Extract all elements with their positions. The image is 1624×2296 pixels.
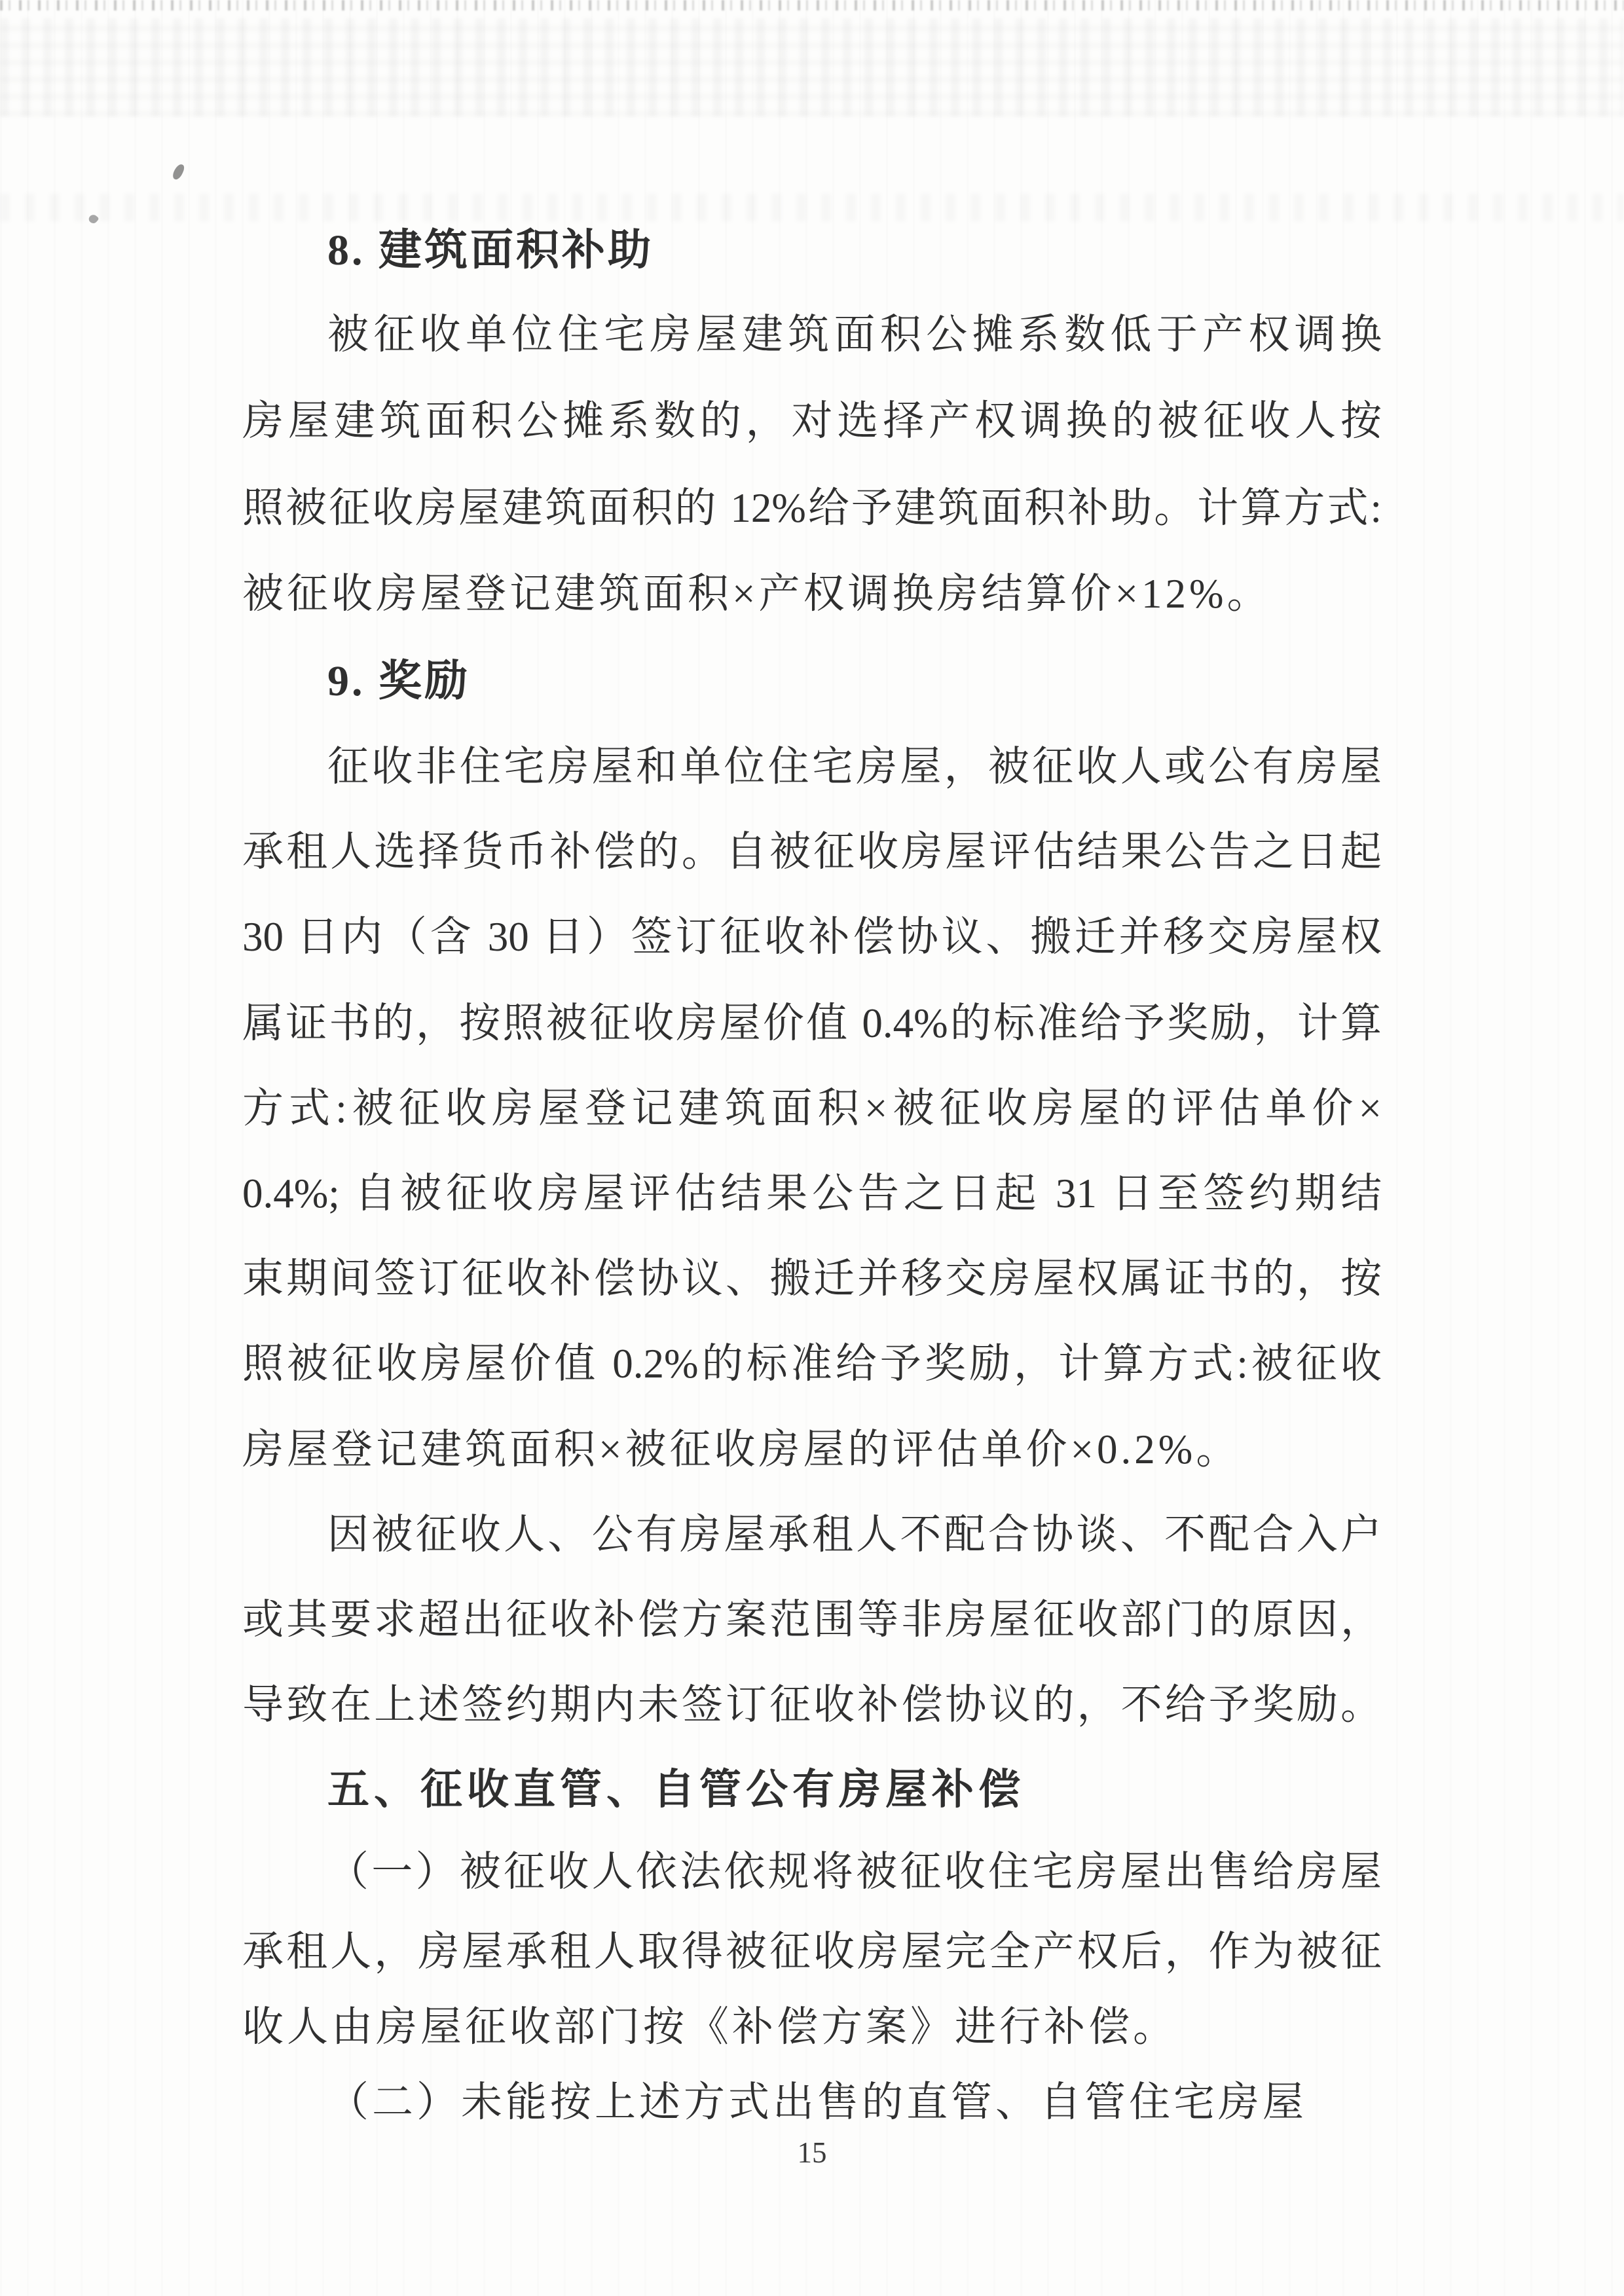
scan-edge-artifact — [0, 0, 1624, 10]
text-line: （二）未能按上述方式出售的直管、自管住宅房屋 — [242, 2075, 1382, 2129]
text-line: 因被征收人、公有房屋承租人不配合协谈、不配合入户 — [242, 1508, 1382, 1561]
text-line: 0.4%; 自被征收房屋评估结果公告之日起 31 日至签约期结 — [242, 1167, 1382, 1220]
text-line: 属证书的，按照被征收房屋价值 0.4%的标准给予奖励，计算 — [242, 996, 1382, 1050]
text-line: 30 日内（含 30 日）签订征收补偿协议、搬迁并移交房屋权 — [242, 910, 1382, 964]
scanned-document-page: 8. 建筑面积补助 被征收单位住宅房屋建筑面积公摊系数低于产权调换 房屋建筑面积… — [0, 0, 1624, 2296]
text-line: （一）被征收人依法依规将被征收住宅房屋出售给房屋 — [242, 1845, 1382, 1899]
section-5-heading: 五、征收直管、自管公有房屋补偿 — [242, 1762, 1382, 1816]
bleed-through-artifact — [0, 194, 1624, 221]
text-line: 或其要求超出征收补偿方案范围等非房屋征收部门的原因， — [242, 1593, 1382, 1647]
text-line: 方式:被征收房屋登记建筑面积×被征收房屋的评估单价× — [242, 1082, 1382, 1135]
text-line: 照被征收房屋价值 0.2%的标准给予奖励，计算方式:被征收 — [242, 1337, 1382, 1391]
page-number: 15 — [0, 2136, 1624, 2170]
text-line: 被征收单位住宅房屋建筑面积公摊系数低于产权调换 — [242, 308, 1382, 361]
text-line: 收人由房屋征收部门按《补偿方案》进行补偿。 — [242, 2000, 1382, 2054]
text-line: 承租人选择货币补偿的。自被征收房屋评估结果公告之日起 — [242, 825, 1382, 879]
text-line: 被征收房屋登记建筑面积×产权调换房结算价×12%。 — [242, 567, 1382, 621]
text-line: 照被征收房屋建筑面积的 12%给予建筑面积补助。计算方式: — [242, 481, 1382, 535]
section-8-heading: 8. 建筑面积补助 — [242, 224, 1382, 278]
text-line: 承租人，房屋承租人取得被征收房屋完全产权后，作为被征 — [242, 1925, 1382, 1978]
text-line: 导致在上述签约期内未签订征收补偿协议的，不给予奖励。 — [242, 1678, 1382, 1732]
bleed-through-artifact — [0, 18, 1624, 117]
text-line: 房屋登记建筑面积×被征收房屋的评估单价×0.2%。 — [242, 1423, 1382, 1476]
scan-speck — [171, 162, 185, 181]
text-line: 房屋建筑面积公摊系数的，对选择产权调换的被征收人按 — [242, 394, 1382, 448]
text-line: 征收非住宅房屋和单位住宅房屋，被征收人或公有房屋 — [242, 740, 1382, 793]
text-line: 束期间签订征收补偿协议、搬迁并移交房屋权属证书的，按 — [242, 1252, 1382, 1305]
section-9-heading: 9. 奖励 — [242, 655, 1382, 708]
